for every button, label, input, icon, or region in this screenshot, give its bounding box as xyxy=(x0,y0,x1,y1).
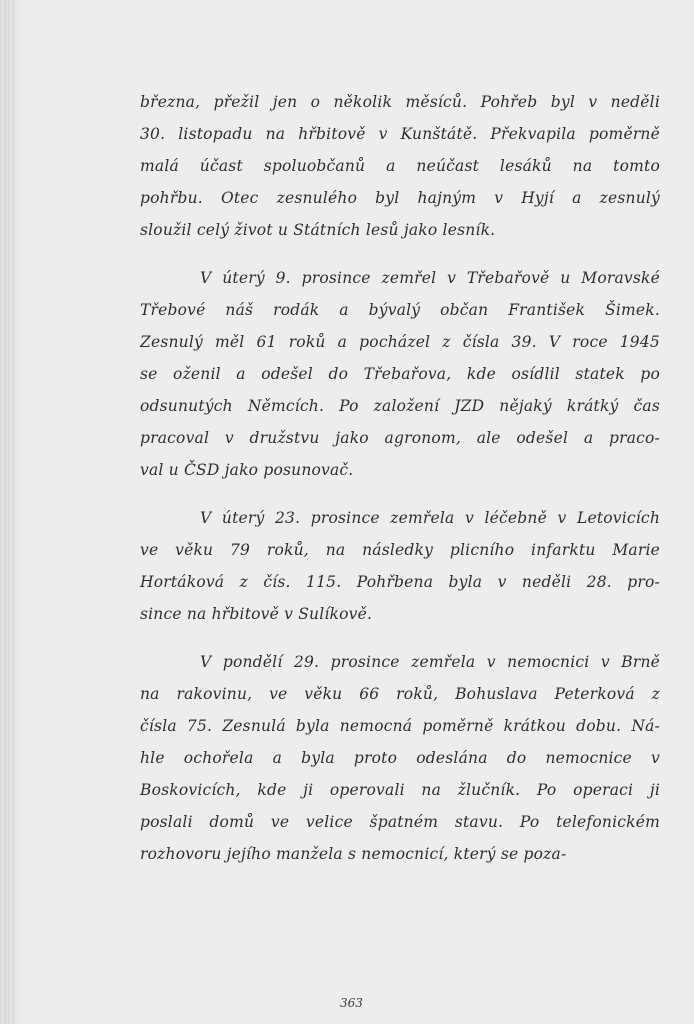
text-line: pracoval v družstvu jako agronom, ale od… xyxy=(140,422,660,454)
text-line: poslali domů ve velice špatném stavu. Po… xyxy=(140,806,660,838)
text-line: odsunutých Němcích. Po založení JZD něja… xyxy=(140,390,660,422)
text-line: V úterý 23. prosince zemřela v léčebně v… xyxy=(140,502,660,534)
paragraph: V pondělí 29. prosince zemřela v nemocni… xyxy=(140,646,660,870)
text-line: since na hřbitově v Sulíkově. xyxy=(140,598,660,630)
text-line: malá účast spoluobčanů a neúčast lesáků … xyxy=(140,150,660,182)
text-line: Zesnulý měl 61 roků a pocházel z čísla 3… xyxy=(140,326,660,358)
text-line: Třebové náš rodák a bývalý občan Františ… xyxy=(140,294,660,326)
paragraph: V úterý 9. prosince zemřel v Třebařově u… xyxy=(140,262,660,486)
paragraph: března, přežil jen o několik měsíců. Poh… xyxy=(140,86,660,246)
text-line: pohřbu. Otec zesnulého byl hajným v Hyjí… xyxy=(140,182,660,214)
book-binding-edge xyxy=(0,0,22,1024)
text-line: hle ochořela a byla proto odeslána do ne… xyxy=(140,742,660,774)
page-number: 363 xyxy=(340,996,363,1010)
text-line: března, přežil jen o několik měsíců. Poh… xyxy=(140,86,660,118)
paragraph: V úterý 23. prosince zemřela v léčebně v… xyxy=(140,502,660,630)
text-line: V úterý 9. prosince zemřel v Třebařově u… xyxy=(140,262,660,294)
text-line: V pondělí 29. prosince zemřela v nemocni… xyxy=(140,646,660,678)
text-line: rozhovoru jejího manžela s nemocnicí, kt… xyxy=(140,838,660,870)
text-line: val u ČSD jako posunovač. xyxy=(140,454,660,486)
text-line: 30. listopadu na hřbitově v Kunštátě. Př… xyxy=(140,118,660,150)
text-line: na rakovinu, ve věku 66 roků, Bohuslava … xyxy=(140,678,660,710)
paragraph-gap xyxy=(140,246,660,262)
paragraph-gap xyxy=(140,630,660,646)
handwritten-text-body: března, přežil jen o několik měsíců. Poh… xyxy=(140,86,660,870)
text-line: se oženil a odešel do Třebařova, kde osí… xyxy=(140,358,660,390)
text-line: Hortáková z čís. 115. Pohřbena byla v ne… xyxy=(140,566,660,598)
text-line: čísla 75. Zesnulá byla nemocná poměrně k… xyxy=(140,710,660,742)
text-line: Boskovicích, kde ji operovali na žlučník… xyxy=(140,774,660,806)
paragraph-gap xyxy=(140,486,660,502)
text-line: sloužil celý život u Státních lesů jako … xyxy=(140,214,660,246)
text-line: ve věku 79 roků, na následky plicního in… xyxy=(140,534,660,566)
